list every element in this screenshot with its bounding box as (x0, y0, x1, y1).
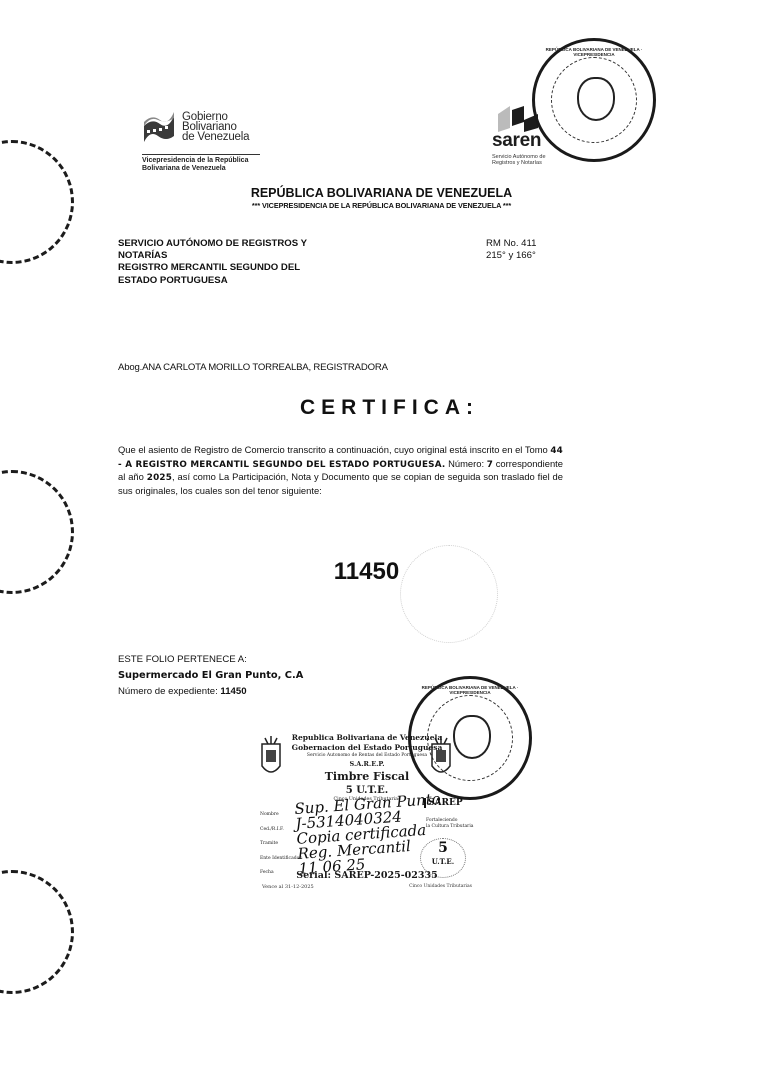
country-title: REPÚBLICA BOLIVARIANA DE VENEZUELA (0, 186, 763, 200)
gov-logo-text: Gobierno Bolivariano de Venezuela (182, 112, 249, 142)
venezuela-flag-icon (142, 112, 176, 146)
gov-logo-subtitle: Vicepresidencia de la República Bolivari… (142, 157, 248, 173)
timbre-expiry: Vence al 31-12-2025 (262, 884, 314, 890)
sarep-logo: SAREP (424, 798, 463, 808)
gobierno-bolivariano-logo: Gobierno Bolivariano de Venezuela Vicepr… (142, 108, 262, 174)
folio-owner: ESTE FOLIO PERTENECE A: Supermercado El … (118, 652, 303, 700)
timbre-title: Timbre Fiscal (258, 770, 476, 783)
company-name: Supermercado El Gran Punto, C.A (118, 668, 303, 684)
folio-number: 11450 (0, 558, 763, 586)
certifica-heading: CERTIFICA: (0, 396, 763, 420)
official-seal-stamp: REPÚBLICA BOLIVARIANA DE VENEZUELA · VIC… (532, 38, 656, 162)
registrar-name: Abog.ANA CARLOTA MORILLO TORREALBA, REGI… (118, 362, 388, 373)
sarep-motto: Fortaleciendo la Cultura Tributaria (426, 818, 473, 830)
divider (142, 154, 260, 155)
saren-subtitle: Servicio Autónomo de Registros y Notaría… (492, 154, 546, 166)
expediente: Número de expediente: 11450 (118, 684, 303, 700)
vicepresidency-subtitle: *** VICEPRESIDENCIA DE LA REPÚBLICA BOLI… (0, 201, 763, 210)
coat-of-arms-icon (577, 77, 615, 121)
certification-body: Que el asiento de Registro de Comercio t… (118, 444, 563, 497)
partial-seal-stamp (0, 870, 74, 994)
registry-number: RM No. 411 215° y 166° (486, 238, 536, 262)
timbre-serial: Serial: SAREP-2025-02335 (258, 870, 476, 881)
timbre-fiscal: Republica Bolivariana de Venezuela Gober… (258, 730, 476, 896)
office-name: SERVICIO AUTÓNOMO DE REGISTROS Y NOTARÍA… (118, 238, 307, 287)
